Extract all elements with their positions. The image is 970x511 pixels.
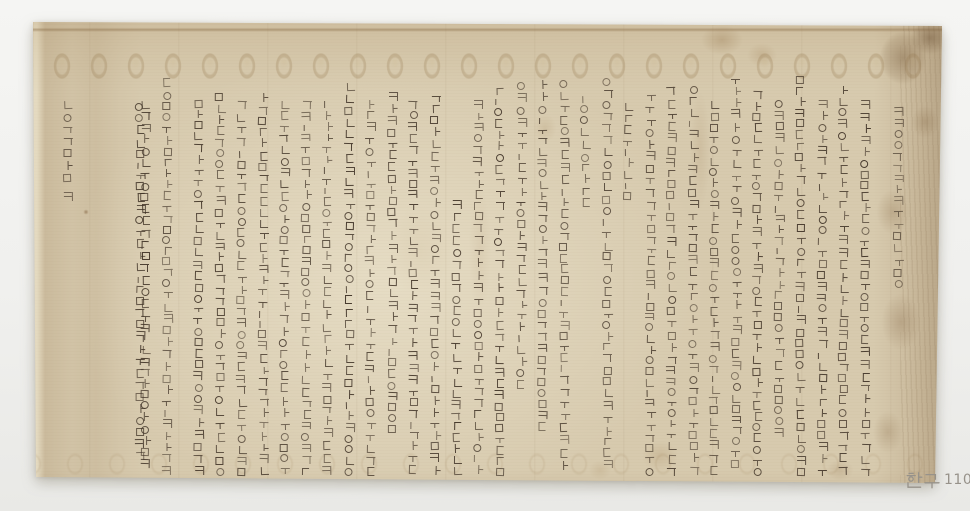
- text-column-17: [536, 80, 548, 433]
- glyph-mark: [430, 163, 439, 173]
- glyph-mark: [452, 466, 461, 476]
- glyph-mark: [259, 197, 268, 205]
- glyph-mark: [136, 297, 144, 305]
- glyph-mark: [711, 190, 719, 198]
- glyph-mark: [645, 139, 654, 148]
- glyph-mark: [237, 124, 246, 134]
- glyph-mark: [581, 95, 590, 103]
- glyph-mark: [838, 409, 846, 417]
- glyph-mark: [516, 289, 525, 298]
- text-column-24: [386, 92, 398, 433]
- glyph-mark: [689, 376, 697, 384]
- glyph-mark: [365, 245, 374, 253]
- manuscript-text-block: [0, 0, 970, 511]
- glyph-mark: [217, 103, 226, 112]
- glyph-mark: [323, 134, 332, 141]
- glyph-mark: [63, 114, 71, 122]
- glyph-mark: [775, 324, 783, 332]
- glyph-mark: [279, 280, 288, 287]
- text-column-21: [450, 200, 462, 476]
- glyph-mark: [730, 234, 739, 243]
- glyph-mark: [838, 466, 847, 476]
- glyph-mark: [645, 323, 653, 331]
- glyph-mark: [366, 191, 374, 199]
- glyph-mark: [817, 385, 826, 396]
- glyph-mark: [667, 283, 676, 293]
- glyph-mark: [431, 442, 439, 450]
- glyph-mark: [861, 468, 870, 476]
- glyph-mark: [603, 460, 612, 468]
- glyph-mark: [753, 378, 762, 387]
- glyph-mark: [216, 318, 224, 326]
- glyph-mark: [666, 467, 675, 476]
- glyph-mark: [279, 339, 287, 347]
- glyph-mark: [709, 454, 718, 464]
- glyph-mark: [794, 130, 803, 140]
- glyph-mark: [561, 411, 570, 421]
- glyph-mark: [753, 264, 762, 273]
- glyph-mark: [732, 314, 741, 323]
- glyph-mark: [135, 308, 144, 317]
- glyph-mark: [237, 207, 245, 215]
- glyph-mark: [817, 204, 826, 213]
- glyph-mark: [752, 275, 761, 285]
- glyph-mark: [689, 431, 697, 439]
- glyph-mark: [236, 318, 245, 329]
- glyph-mark: [774, 406, 782, 414]
- glyph-mark: [388, 414, 396, 422]
- glyph-mark: [622, 138, 631, 146]
- glyph-mark: [560, 209, 569, 219]
- glyph-mark: [604, 367, 612, 375]
- glyph-mark: [136, 345, 145, 353]
- glyph-mark: [752, 343, 761, 353]
- glyph-mark: [388, 104, 397, 114]
- glyph-mark: [281, 157, 289, 165]
- glyph-mark: [259, 208, 268, 217]
- glyph-mark: [429, 362, 438, 372]
- glyph-mark: [689, 140, 698, 150]
- glyph-mark: [407, 314, 416, 322]
- glyph-mark: [711, 375, 720, 382]
- glyph-mark: [388, 150, 397, 159]
- glyph-mark: [323, 335, 332, 343]
- text-column-10: [687, 86, 699, 476]
- text-column-25: [364, 100, 376, 476]
- glyph-mark: [753, 90, 762, 100]
- glyph-mark: [280, 302, 289, 311]
- glyph-mark: [238, 331, 246, 339]
- glyph-mark: [838, 97, 847, 106]
- glyph-mark: [861, 373, 870, 382]
- glyph-mark: [580, 174, 589, 185]
- glyph-mark: [344, 94, 353, 105]
- glyph-mark: [302, 225, 310, 233]
- glyph-mark: [666, 420, 675, 427]
- glyph-mark: [818, 362, 827, 372]
- glyph-mark: [322, 209, 330, 217]
- glyph-mark: [795, 410, 804, 421]
- glyph-mark: [667, 133, 676, 144]
- glyph-mark: [388, 140, 397, 148]
- glyph-mark: [258, 117, 266, 125]
- glyph-mark: [345, 243, 353, 251]
- glyph-mark: [517, 311, 526, 319]
- glyph-mark: [752, 240, 761, 250]
- glyph-mark: [140, 459, 149, 470]
- glyph-mark: [538, 202, 547, 211]
- glyph-mark: [665, 158, 674, 167]
- glyph-mark: [559, 448, 568, 458]
- glyph-mark: [645, 175, 654, 186]
- glyph-mark: [859, 237, 868, 245]
- glyph-mark: [602, 343, 611, 350]
- glyph-mark: [860, 192, 869, 201]
- glyph-mark: [431, 221, 440, 231]
- glyph-mark: [861, 124, 870, 134]
- glyph-mark: [408, 409, 417, 419]
- glyph-mark: [688, 397, 696, 405]
- glyph-mark: [795, 282, 804, 291]
- glyph-mark: [474, 309, 482, 317]
- glyph-mark: [162, 279, 170, 287]
- glyph-mark: [860, 160, 868, 168]
- glyph-mark: [537, 321, 546, 328]
- glyph-mark: [301, 388, 310, 397]
- glyph-mark: [163, 375, 171, 383]
- glyph-mark: [322, 166, 331, 174]
- glyph-mark: [539, 169, 547, 177]
- glyph-mark: [474, 352, 483, 362]
- glyph-mark: [732, 183, 741, 194]
- text-column-20: [472, 100, 484, 476]
- glyph-mark: [215, 93, 223, 101]
- glyph-mark: [645, 104, 654, 114]
- glyph-mark: [193, 443, 201, 451]
- glyph-mark: [474, 169, 483, 176]
- glyph-mark: [300, 144, 309, 154]
- glyph-mark: [216, 149, 224, 157]
- glyph-mark: [645, 334, 654, 344]
- glyph-mark: [494, 238, 502, 246]
- glyph-mark: [302, 157, 310, 165]
- glyph-mark: [515, 380, 524, 390]
- glyph-mark: [710, 294, 719, 305]
- glyph-mark: [646, 129, 654, 137]
- glyph-mark: [559, 243, 567, 251]
- glyph-mark: [774, 335, 783, 346]
- glyph-mark: [408, 304, 417, 312]
- glyph-mark: [408, 291, 417, 302]
- glyph-mark: [258, 310, 267, 318]
- glyph-mark: [689, 130, 698, 137]
- text-column-18: [515, 82, 527, 390]
- glyph-mark: [451, 389, 460, 397]
- glyph-mark: [561, 127, 569, 135]
- glyph-mark: [63, 137, 72, 145]
- text-column-5: [794, 76, 806, 476]
- glyph-mark: [797, 199, 805, 207]
- glyph-mark: [474, 179, 483, 187]
- glyph-mark: [495, 333, 504, 341]
- glyph-mark: [709, 284, 717, 292]
- glyph-mark: [473, 258, 482, 268]
- glyph-mark: [838, 353, 846, 361]
- glyph-mark: [517, 130, 526, 137]
- glyph-mark: [709, 237, 717, 245]
- glyph-mark: [408, 100, 417, 109]
- glyph-mark: [667, 170, 676, 177]
- glyph-mark: [280, 270, 289, 277]
- glyph-mark: [322, 251, 331, 262]
- glyph-mark: [345, 154, 354, 164]
- glyph-mark: [63, 161, 72, 170]
- glyph-mark: [644, 378, 653, 387]
- glyph-mark: [431, 127, 440, 136]
- glyph-mark: [731, 416, 740, 423]
- glyph-mark: [408, 190, 417, 198]
- text-column-3: [837, 86, 849, 476]
- glyph-mark: [409, 421, 418, 429]
- glyph-mark: [818, 304, 826, 312]
- glyph-mark: [623, 192, 631, 200]
- glyph-mark: [163, 268, 172, 276]
- glyph-mark: [796, 372, 805, 382]
- glyph-mark: [344, 411, 353, 421]
- glyph-mark: [388, 338, 397, 345]
- glyph-mark: [237, 274, 246, 284]
- glyph-mark: [560, 138, 569, 148]
- glyph-mark: [408, 248, 417, 257]
- glyph-mark: [730, 76, 739, 84]
- glyph-mark: [537, 159, 546, 167]
- glyph-mark: [709, 157, 718, 165]
- glyph-mark: [451, 236, 460, 247]
- glyph-mark: [516, 199, 525, 206]
- glyph-mark: [560, 332, 568, 340]
- glyph-mark: [603, 401, 612, 412]
- glyph-mark: [752, 433, 761, 444]
- glyph-mark: [709, 258, 718, 269]
- glyph-mark: [215, 341, 223, 349]
- glyph-mark: [731, 246, 739, 254]
- glyph-mark: [302, 257, 311, 265]
- glyph-mark: [365, 398, 373, 406]
- glyph-mark: [733, 267, 741, 275]
- glyph-mark: [559, 287, 568, 297]
- glyph-mark: [537, 344, 546, 352]
- glyph-mark: [258, 254, 267, 263]
- glyph-mark: [259, 408, 268, 417]
- glyph-mark: [860, 271, 868, 279]
- glyph-mark: [195, 284, 203, 292]
- glyph-mark: [136, 125, 145, 135]
- glyph-mark: [646, 292, 655, 300]
- glyph-mark: [215, 362, 224, 370]
- glyph-mark: [322, 298, 331, 307]
- glyph-mark: [195, 466, 204, 476]
- glyph-mark: [194, 305, 203, 312]
- glyph-mark: [453, 378, 462, 387]
- glyph-mark: [300, 180, 309, 188]
- glyph-mark: [323, 100, 332, 108]
- glyph-mark: [518, 118, 527, 128]
- glyph-mark: [560, 435, 569, 446]
- glyph-mark: [581, 153, 589, 161]
- glyph-mark: [774, 170, 783, 179]
- glyph-mark: [408, 375, 417, 385]
- glyph-mark: [430, 279, 439, 289]
- glyph-mark: [817, 315, 826, 325]
- glyph-mark: [752, 308, 761, 319]
- glyph-mark: [517, 265, 526, 274]
- glyph-mark: [135, 381, 144, 389]
- glyph-mark: [495, 297, 503, 305]
- glyph-mark: [538, 214, 547, 222]
- glyph-mark: [773, 291, 782, 299]
- glyph-mark: [817, 420, 825, 428]
- glyph-mark: [894, 196, 903, 206]
- glyph-mark: [389, 244, 398, 253]
- glyph-mark: [732, 325, 741, 336]
- glyph-mark: [409, 226, 418, 234]
- glyph-mark: [474, 433, 483, 441]
- glyph-mark: [430, 328, 438, 336]
- text-column-14: [601, 78, 613, 468]
- glyph-mark: [559, 198, 568, 206]
- glyph-mark: [602, 196, 610, 204]
- glyph-mark: [163, 385, 172, 395]
- glyph-mark: [560, 399, 569, 409]
- glyph-mark: [431, 198, 440, 208]
- glyph-mark: [279, 327, 288, 336]
- glyph-mark: [687, 120, 696, 127]
- glyph-mark: [732, 147, 741, 157]
- glyph-mark: [818, 135, 827, 143]
- glyph-mark: [710, 201, 719, 210]
- glyph-mark: [195, 418, 204, 428]
- glyph-mark: [494, 165, 503, 175]
- glyph-mark: [495, 249, 504, 256]
- glyph-mark: [303, 236, 312, 243]
- glyph-mark: [429, 176, 438, 184]
- glyph-mark: [194, 237, 202, 245]
- glyph-mark: [281, 225, 289, 233]
- glyph-mark: [366, 467, 375, 476]
- glyph-mark: [667, 272, 675, 280]
- glyph-mark: [387, 231, 396, 242]
- glyph-mark: [366, 111, 375, 118]
- glyph-mark: [280, 192, 289, 202]
- glyph-mark: [344, 212, 352, 220]
- glyph-mark: [474, 113, 483, 120]
- glyph-mark: [839, 308, 848, 316]
- glyph-mark: [602, 300, 610, 308]
- glyph-mark: [409, 201, 418, 212]
- glyph-mark: [236, 137, 245, 148]
- glyph-mark: [752, 287, 760, 295]
- glyph-mark: [279, 134, 288, 142]
- glyph-mark: [279, 247, 288, 255]
- glyph-mark: [860, 303, 868, 311]
- glyph-mark: [518, 357, 527, 366]
- glyph-mark: [473, 223, 482, 232]
- glyph-mark: [161, 398, 170, 406]
- glyph-mark: [560, 188, 569, 196]
- text-column-31: [235, 100, 247, 476]
- glyph-mark: [517, 140, 526, 150]
- glyph-mark: [474, 375, 483, 384]
- glyph-mark: [193, 247, 202, 258]
- glyph-mark: [280, 290, 289, 300]
- glyph-mark: [665, 249, 674, 259]
- glyph-mark: [816, 352, 825, 359]
- glyph-mark: [235, 112, 244, 121]
- glyph-mark: [667, 262, 676, 270]
- glyph-mark: [537, 191, 546, 199]
- text-column-12: [644, 92, 656, 476]
- glyph-mark: [344, 129, 353, 139]
- glyph-mark: [560, 264, 569, 273]
- glyph-mark: [345, 167, 354, 175]
- glyph-mark: [776, 122, 784, 130]
- glyph-mark: [818, 145, 827, 153]
- glyph-mark: [752, 368, 760, 376]
- glyph-mark: [366, 224, 375, 232]
- text-column-28: [300, 100, 312, 476]
- glyph-mark: [689, 420, 698, 428]
- glyph-mark: [345, 366, 354, 377]
- glyph-mark: [839, 284, 848, 292]
- glyph-mark: [603, 377, 611, 385]
- glyph-mark: [494, 119, 503, 128]
- glyph-mark: [387, 162, 396, 173]
- glyph-mark: [668, 296, 676, 304]
- glyph-mark: [839, 190, 848, 198]
- glyph-mark: [322, 197, 331, 206]
- glyph-mark: [710, 124, 718, 132]
- glyph-mark: [193, 454, 202, 464]
- glyph-mark: [837, 178, 846, 187]
- glyph-mark: [162, 203, 171, 212]
- glyph-mark: [237, 250, 246, 259]
- glyph-mark: [645, 433, 654, 441]
- glyph-mark: [301, 112, 310, 121]
- glyph-mark: [388, 425, 396, 433]
- glyph-mark: [193, 131, 202, 141]
- glyph-mark: [666, 86, 675, 97]
- glyph-mark: [893, 269, 901, 277]
- glyph-mark: [162, 443, 171, 451]
- glyph-mark: [472, 202, 481, 210]
- glyph-mark: [559, 116, 568, 125]
- glyph-mark: [136, 417, 144, 425]
- glyph-mark: [708, 429, 717, 438]
- glyph-mark: [63, 100, 72, 110]
- glyph-mark: [797, 248, 805, 256]
- caption-number: 110: [944, 471, 970, 489]
- text-column-7: [751, 90, 763, 476]
- glyph-mark: [163, 326, 171, 334]
- glyph-mark: [838, 273, 847, 282]
- glyph-mark: [279, 314, 288, 324]
- glyph-mark: [752, 227, 761, 238]
- glyph-mark: [259, 184, 268, 195]
- glyph-mark: [259, 444, 268, 451]
- glyph-mark: [322, 383, 331, 393]
- glyph-mark: [603, 276, 611, 284]
- glyph-mark: [344, 379, 352, 387]
